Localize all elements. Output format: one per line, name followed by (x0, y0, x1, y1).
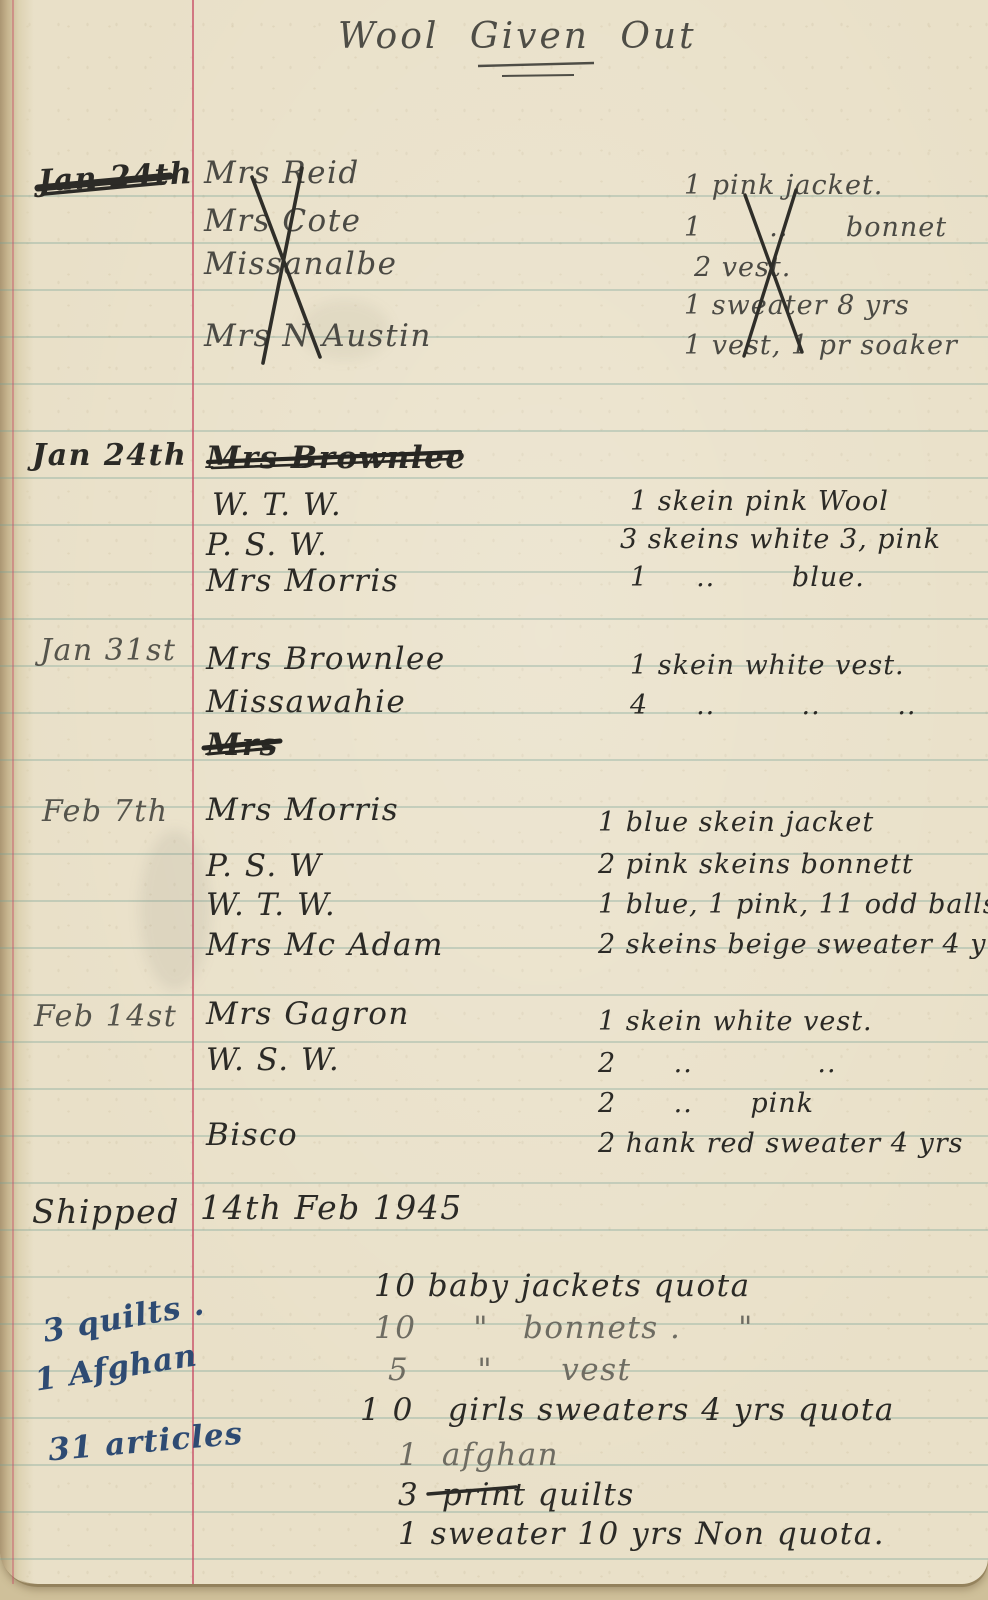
notebook-page-photo: { "page": { "title": "Wool Given Out" },… (0, 0, 988, 1600)
name-strikethrough (204, 741, 280, 748)
names-cross-out-x (263, 168, 302, 363)
cross-out-overlay (0, 0, 988, 1600)
title-underline (478, 63, 594, 66)
title-underline (502, 75, 574, 76)
date-strikethrough (38, 176, 170, 188)
word-strikethrough (428, 1487, 516, 1494)
names-cross-out-x (252, 177, 320, 357)
